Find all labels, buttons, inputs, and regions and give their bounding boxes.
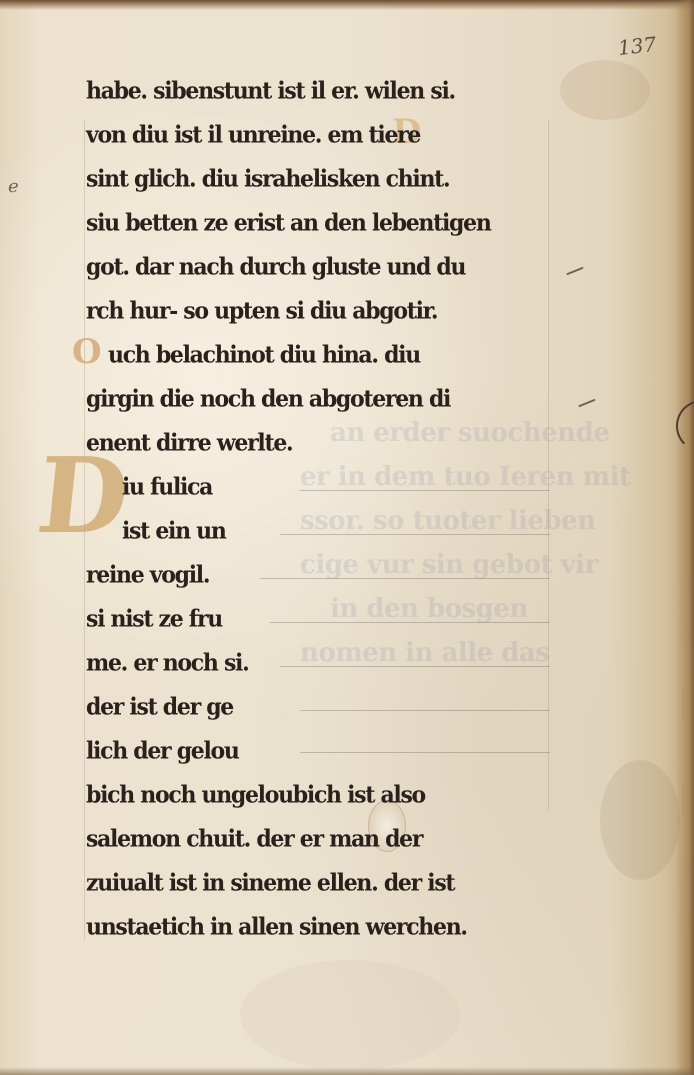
text-line: me. er noch si. (86, 645, 248, 681)
margin-dash (578, 399, 595, 408)
bleed-through-text: er in dem tuo Ieren mit (300, 462, 631, 492)
text-line: got. dar nach durch gluste und du (86, 249, 465, 285)
ruling-line (300, 752, 550, 753)
text-line: salemon chuit. der er man der (86, 821, 422, 857)
text-line: bich noch ungeloubich ist also (86, 777, 425, 813)
text-line: iu fulica (122, 469, 212, 505)
text-line: unstaetich in allen sinen werchen. (86, 909, 467, 945)
text-line: ist ein un (122, 513, 226, 549)
manuscript-page: an erder suochende er in dem tuo Ieren m… (0, 0, 694, 1075)
bleed-through-text: in den bosgen (330, 594, 528, 624)
text-line: uch belachinot diu hina. diu (108, 337, 420, 373)
text-line: siu betten ze erist an den lebentigen (86, 205, 491, 241)
ruling-line (300, 710, 550, 711)
rubric-initial: O (72, 332, 102, 372)
bleed-through-text: an erder suochende (330, 418, 609, 448)
text-line: zuiualt ist in sineme ellen. der ist (86, 865, 454, 901)
text-line: sint glich. diu israhelisken chint. (86, 161, 449, 197)
page-top-edge (0, 0, 694, 10)
bleed-through-text: ssor. so tuoter lieben (300, 506, 596, 536)
text-line: habe. sibenstunt ist il er. wilen si. (86, 73, 455, 109)
text-line: reine vogil. (86, 557, 209, 593)
parchment-stain (600, 760, 680, 880)
folio-number: 137 (617, 32, 657, 60)
text-line: von diu ist il unreine. em tiere (86, 117, 420, 153)
text-line: si nist ze fru (86, 601, 222, 637)
text-line: der ist der ge (86, 689, 233, 725)
text-line: enent dirre werlte. (86, 425, 292, 461)
page-right-edge (676, 0, 694, 1075)
parchment-stain (560, 60, 650, 120)
margin-dash (566, 267, 583, 276)
bleed-through-text: nomen in alle das (300, 638, 549, 668)
text-line: lich der gelou (86, 733, 239, 769)
text-line: rch hur- so upten si diu abgotir. (86, 293, 437, 329)
text-line: girgin die noch den abgoteren di (86, 381, 450, 417)
margin-mark: e (8, 176, 19, 197)
parchment-stain (240, 960, 460, 1070)
bleed-through-text: cige vur sin gebot vir (300, 550, 598, 580)
